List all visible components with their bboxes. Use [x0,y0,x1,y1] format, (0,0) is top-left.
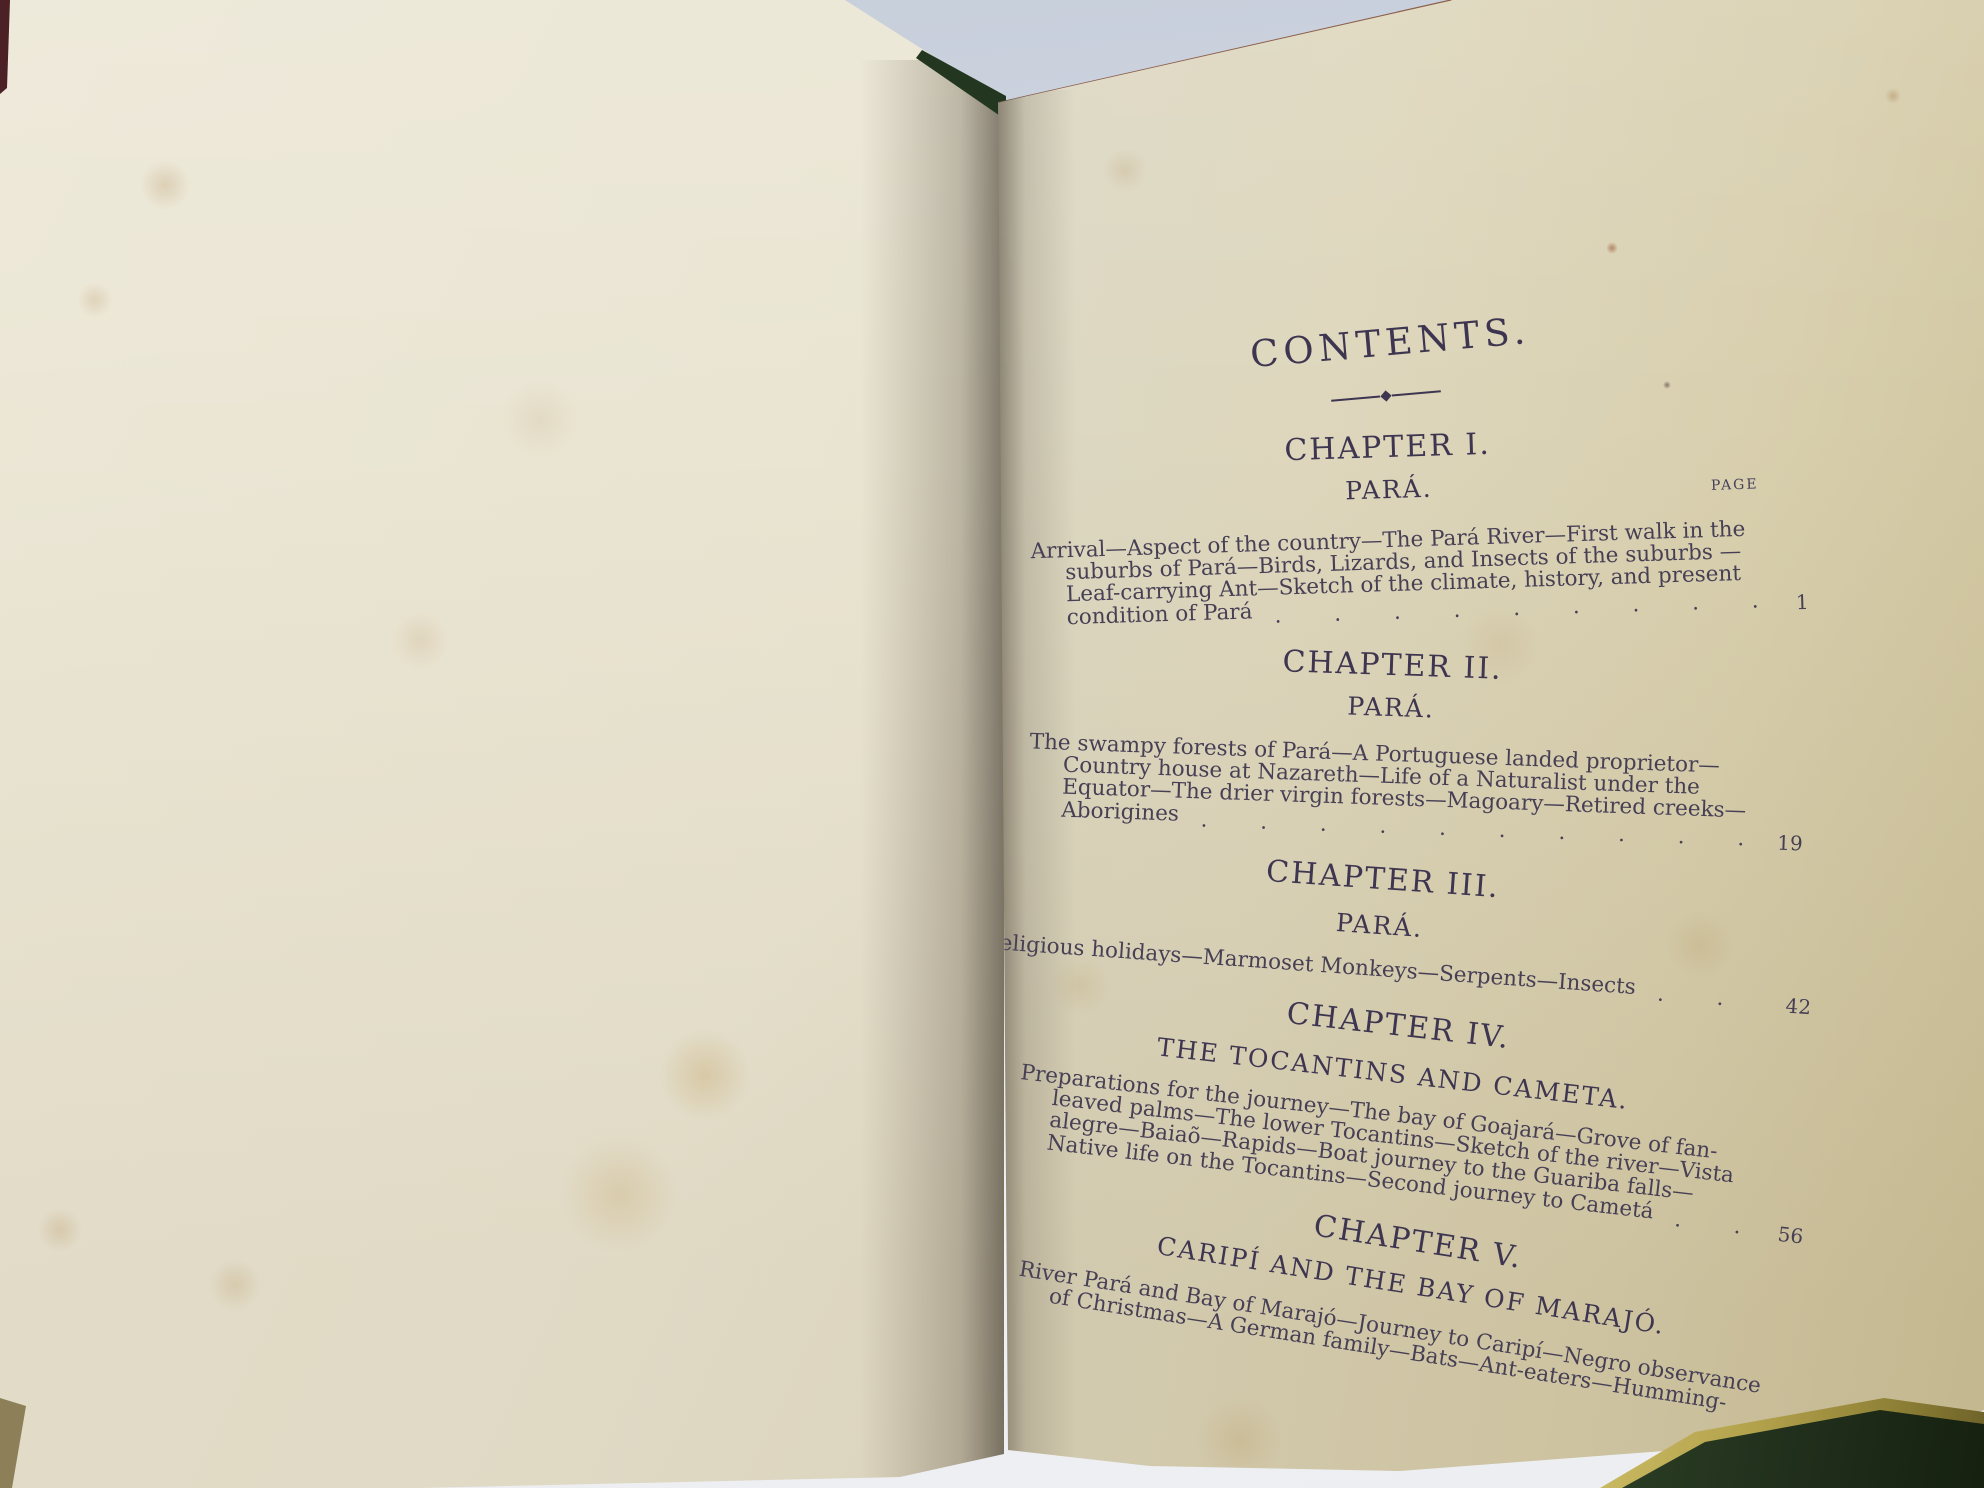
chapter-3-page-number: 42 [1785,995,1812,1019]
summary-line-text: condition of Pará [1066,601,1252,629]
chapter-2-page-number: 19 [1777,832,1803,855]
page-top-edge-stain [996,0,1451,103]
title-divider-rule [1331,385,1442,407]
gutter-shadow-left [860,60,1004,1480]
summary-line-text: Aborigines [1061,800,1179,826]
page-column-label: PAGE [1711,476,1759,493]
chapter-1-entry: PAGE CHAPTER I. PARÁ. Arrival—Aspect of … [997,418,1783,631]
page-title: CONTENTS. [1239,308,1542,377]
chapter-1-summary: Arrival—Aspect of the country—The Pará R… [1000,518,1782,631]
chapter-2-entry: CHAPTER II. PARÁ. The swampy forests of … [997,634,1783,846]
rule-line-right [1392,390,1441,396]
dot-leader: . . . . [1673,1209,1765,1241]
rule-line-left [1331,396,1380,402]
chapter-2-summary: The swampy forests of Pará—A Portuguese … [997,730,1780,846]
summary-line: of Christmas—A German family—Bats—Ant-ea… [1047,1286,1817,1429]
book-photo-scene: CONTENTS. PAGE CHAPTER I. PARÁ. Arrival—… [0,0,1984,1488]
chapter-4-page-number: 56 [1777,1223,1805,1248]
dot-leader: . . . . [1657,984,1773,1014]
rule-diamond-ornament [1380,390,1391,401]
chapter-1-page-number: 1 [1796,591,1809,613]
